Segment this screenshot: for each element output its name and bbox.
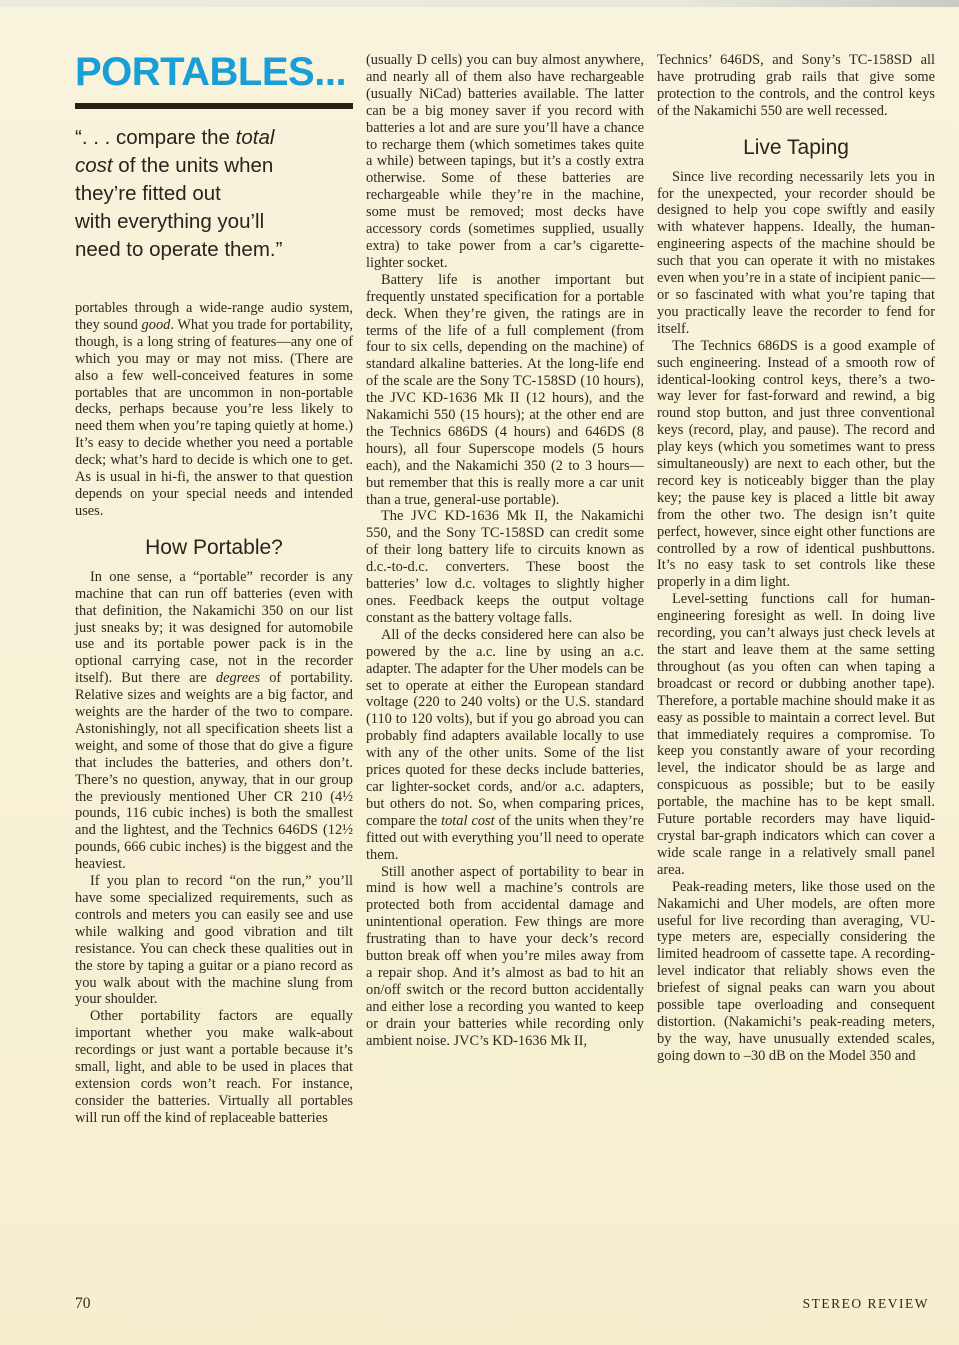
text-run: Peak-reading meters, like those used on … (657, 879, 935, 1064)
column-1-body: portables through a wide-range audio sys… (75, 300, 353, 1127)
column-2-body: (usually D cells) you can buy almost any… (366, 52, 644, 1049)
paragraph: Technics’ 646DS, and Sony’s TC-158SD all… (657, 52, 935, 120)
magazine-page: PORTABLES... “. . . compare the totalcos… (0, 0, 959, 1345)
title-rule (75, 103, 353, 109)
magazine-name: STEREO REVIEW (803, 1296, 929, 1312)
article-title: PORTABLES... (75, 52, 353, 92)
text-run: In one sense, a “portable” recorder is a… (75, 569, 353, 686)
paragraph: Since live recording necessarily lets yo… (657, 169, 935, 338)
pull-quote-line: cost of the units when (75, 152, 353, 180)
paragraph: In one sense, a “portable” recorder is a… (75, 569, 353, 873)
paragraph: Level-setting functions call for human-e… (657, 591, 935, 878)
text-run: “. . . compare the (75, 126, 236, 149)
text-run: Battery life is another important but fr… (366, 272, 644, 508)
italic-text: good (142, 317, 171, 333)
text-run: (usually D cells) you can buy almost any… (366, 52, 644, 271)
text-run: of portability. Relative sizes and weigh… (75, 670, 353, 872)
column-1: PORTABLES... “. . . compare the totalcos… (75, 52, 353, 1127)
page-footer: 70 STEREO REVIEW (75, 1295, 929, 1313)
paragraph: The JVC KD-1636 Mk II, the Nakamichi 550… (366, 508, 644, 626)
text-run: The JVC KD-1636 Mk II, the Nakamichi 550… (366, 508, 644, 625)
text-run: All of the decks considered here can als… (366, 627, 644, 829)
paragraph: If you plan to record “on the run,” you’… (75, 873, 353, 1008)
text-run: The Technics 686DS is a good example of … (657, 338, 935, 591)
text-run: Other portability factors are equally im… (75, 1008, 353, 1125)
section-heading: How Portable? (75, 536, 353, 560)
scan-edge-top (0, 0, 959, 7)
article-columns: PORTABLES... “. . . compare the totalcos… (0, 0, 959, 1127)
text-run: need to operate them.” (75, 238, 282, 261)
text-run: with everything you’ll (75, 210, 264, 233)
paragraph: (usually D cells) you can buy almost any… (366, 52, 644, 272)
column-3-body: Technics’ 646DS, and Sony’s TC-158SD all… (657, 52, 935, 1065)
column-3: Technics’ 646DS, and Sony’s TC-158SD all… (657, 52, 935, 1127)
pull-quote-line: “. . . compare the total (75, 124, 353, 152)
paragraph: Other portability factors are equally im… (75, 1008, 353, 1126)
italic-text: cost (75, 154, 113, 177)
paragraph: All of the decks considered here can als… (366, 627, 644, 864)
text-run: Since live recording necessarily lets yo… (657, 169, 935, 337)
paragraph: Still another aspect of portability to b… (366, 864, 644, 1050)
text-run: Level-setting functions call for human-e… (657, 591, 935, 878)
text-run: Technics’ 646DS, and Sony’s TC-158SD all… (657, 52, 935, 119)
text-run: of the units when (113, 154, 274, 177)
text-run: If you plan to record “on the run,” you’… (75, 873, 353, 1007)
column-2: (usually D cells) you can buy almost any… (366, 52, 644, 1127)
text-run: they’re fitted out (75, 182, 221, 205)
pull-quote-line: they’re fitted out (75, 180, 353, 208)
italic-text: total (236, 126, 275, 149)
paragraph: Battery life is another important but fr… (366, 272, 644, 509)
text-run: . What you trade for portability, though… (75, 317, 353, 519)
italic-text: total cost (441, 813, 495, 829)
italic-text: degrees (216, 670, 260, 686)
text-run: Still another aspect of portability to b… (366, 864, 644, 1049)
page-number: 70 (75, 1295, 91, 1313)
section-heading: Live Taping (657, 136, 935, 160)
paragraph: portables through a wide-range audio sys… (75, 300, 353, 520)
article-masthead: PORTABLES... “. . . compare the totalcos… (75, 52, 353, 264)
pull-quote-line: with everything you’ll (75, 208, 353, 236)
paragraph: Peak-reading meters, like those used on … (657, 879, 935, 1065)
paragraph: The Technics 686DS is a good example of … (657, 338, 935, 592)
pull-quote-line: need to operate them.” (75, 236, 353, 264)
pull-quote: “. . . compare the totalcost of the unit… (75, 124, 353, 264)
